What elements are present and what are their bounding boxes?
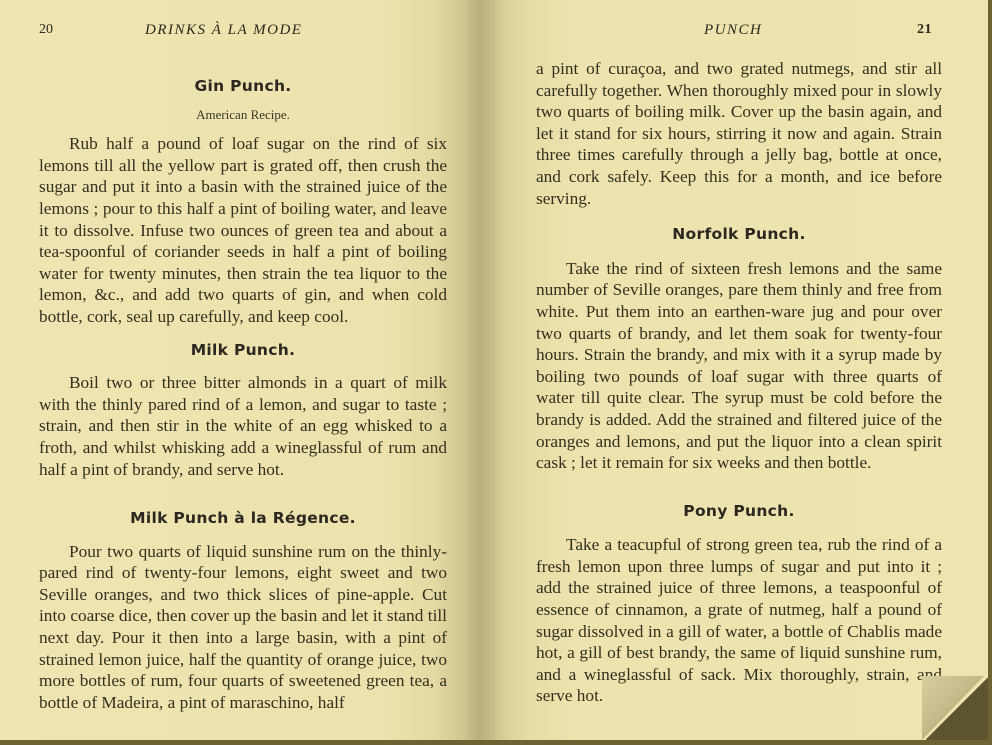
page-number-right: 21 xyxy=(917,22,932,38)
recipe-heading-norfolk-punch: Norfolk Punch. xyxy=(536,224,942,246)
right-page-content: a pint of curaçoa, and two grated nutmeg… xyxy=(536,58,942,707)
recipe-body-norfolk-punch: Take the rind of sixteen fresh lemons an… xyxy=(536,258,942,474)
page-number-left: 20 xyxy=(39,22,53,38)
recipe-heading-gin-punch: Gin Punch. xyxy=(39,76,447,98)
frame-edge-bottom xyxy=(0,740,992,745)
recipe-heading-pony-punch: Pony Punch. xyxy=(536,501,942,523)
recipe-heading-milk-punch: Milk Punch. xyxy=(39,340,447,362)
left-page-content: Gin Punch. American Recipe. Rub half a p… xyxy=(39,76,447,713)
recipe-body-gin-punch: Rub half a pound of loaf sugar on the ri… xyxy=(39,133,447,327)
recipe-body-milk-punch-regence: Pour two quarts of liquid sunshine rum o… xyxy=(39,541,447,714)
book-spread: 20 DRINKS À LA MODE Gin Punch. American … xyxy=(0,0,988,740)
right-page[interactable]: PUNCH 21 a pint of curaçoa, and two grat… xyxy=(494,0,988,740)
left-page[interactable]: 20 DRINKS À LA MODE Gin Punch. American … xyxy=(0,0,494,740)
recipe-body-milk-punch: Boil two or three bitter almonds in a qu… xyxy=(39,372,447,480)
recipe-subheading-american: American Recipe. xyxy=(39,104,447,126)
recipe-body-pony-punch: Take a teacupful of strong green tea, ru… xyxy=(536,534,942,707)
running-head-left: DRINKS À LA MODE xyxy=(145,22,302,39)
running-head-right: PUNCH xyxy=(704,22,762,39)
recipe-body-continuation: a pint of curaçoa, and two grated nutmeg… xyxy=(536,58,942,209)
frame-edge-right xyxy=(988,0,992,745)
recipe-heading-milk-punch-regence: Milk Punch à la Régence. xyxy=(39,508,447,530)
